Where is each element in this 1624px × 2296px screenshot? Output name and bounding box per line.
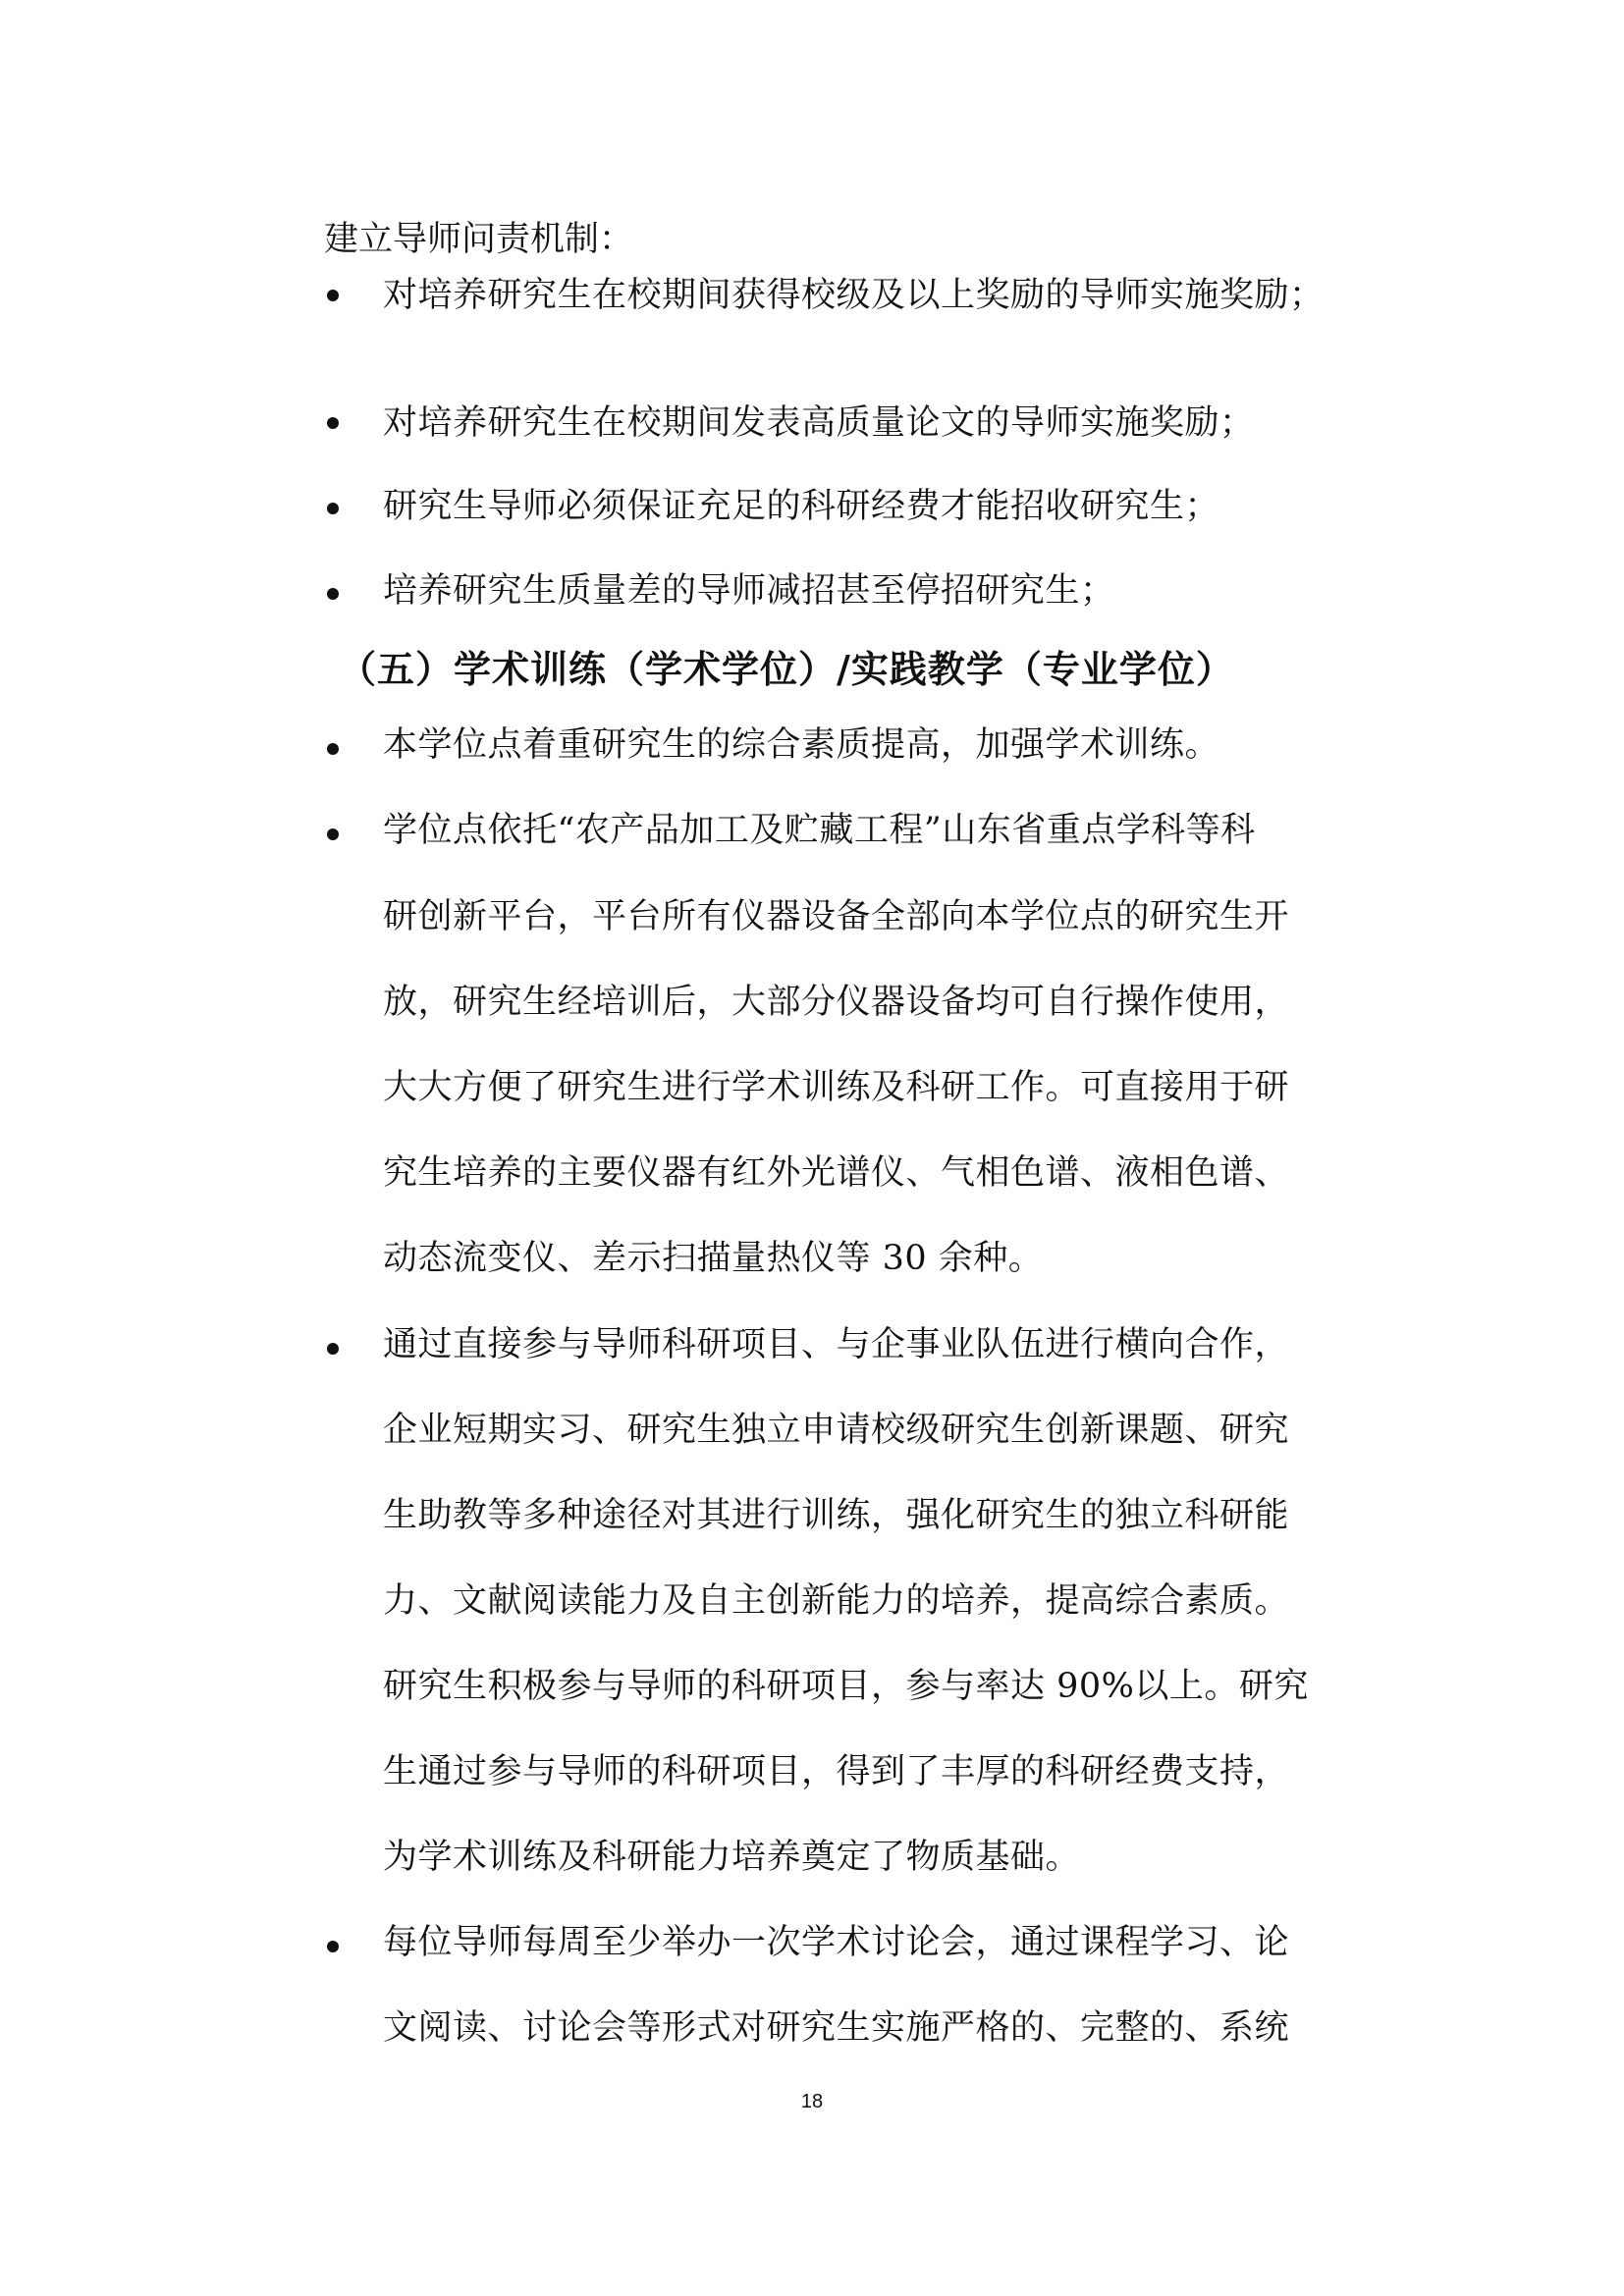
section-item-line: 生通过参与导师的科研项目，得到了丰厚的科研经费支持， bbox=[383, 1750, 1289, 1793]
section-item-line: 本学位点着重研究生的综合素质提高，加强学术训练。 bbox=[383, 723, 1219, 767]
section-item-line: 放，研究生经培训后，大部分仪器设备均可自行操作使用， bbox=[383, 981, 1289, 1024]
section-item-line: 生助教等多种途径对其进行训练，强化研究生的独立科研能 bbox=[383, 1494, 1289, 1537]
section-item-line: 大大方便了研究生进行学术训练及科研工作。可直接用于研 bbox=[383, 1066, 1289, 1109]
section-item-line: 企业短期实习、研究生独立申请校级研究生创新课题、研究 bbox=[383, 1409, 1289, 1452]
section-item-line: 动态流变仪、差示扫描量热仪等 30 余种。 bbox=[383, 1237, 1043, 1280]
bullet-icon bbox=[327, 743, 339, 755]
bullet-icon bbox=[327, 828, 339, 840]
section-item-line: 通过直接参与导师科研项目、与企事业队伍进行横向合作， bbox=[383, 1323, 1289, 1366]
page-number: 18 bbox=[0, 2091, 1624, 2113]
bullet-icon bbox=[327, 290, 339, 301]
section-heading: （五）学术训练（学术学位）/实践教学（专业学位） bbox=[339, 645, 1234, 694]
bullet-icon bbox=[327, 588, 339, 600]
bullet-icon bbox=[327, 503, 339, 514]
bullet-icon bbox=[327, 1941, 339, 1952]
bullet-icon bbox=[327, 1343, 339, 1355]
section-item-line: 研创新平台，平台所有仪器设备全部向本学位点的研究生开 bbox=[383, 895, 1289, 938]
section-item-line: 为学术训练及科研能力培养奠定了物质基础。 bbox=[383, 1836, 1080, 1879]
section-item-line: 每位导师每周至少举办一次学术讨论会，通过课程学习、论 bbox=[383, 1921, 1289, 1964]
accountability-item: 培养研究生质量差的导师减招甚至停招研究生； bbox=[383, 569, 1115, 613]
section-item-line: 究生培养的主要仪器有红外光谱仪、气相色谱、液相色谱、 bbox=[383, 1151, 1289, 1195]
accountability-item: 对培养研究生在校期间获得校级及以上奖励的导师实施奖励； bbox=[383, 274, 1325, 317]
section-item-line: 力、文献阅读能力及自主创新能力的培养，提高综合素质。 bbox=[383, 1579, 1289, 1623]
section-item-line: 学位点依托“农产品加工及贮藏工程”山东省重点学科等科 bbox=[383, 809, 1256, 852]
accountability-item: 研究生导师必须保证充足的科研经费才能招收研究生； bbox=[383, 485, 1219, 528]
document-page: 建立导师问责机制： 对培养研究生在校期间获得校级及以上奖励的导师实施奖励； 对培… bbox=[0, 0, 1624, 2296]
section-item-line: 文阅读、讨论会等形式对研究生实施严格的、完整的、系统 bbox=[383, 2006, 1289, 2050]
bullet-icon bbox=[327, 417, 339, 429]
section-item-line: 研究生积极参与导师的科研项目，参与率达 90%以上。研究 bbox=[383, 1665, 1309, 1708]
accountability-item: 对培养研究生在校期间发表高质量论文的导师实施奖励； bbox=[383, 401, 1255, 445]
accountability-intro: 建立导师问责机制： bbox=[324, 218, 633, 261]
